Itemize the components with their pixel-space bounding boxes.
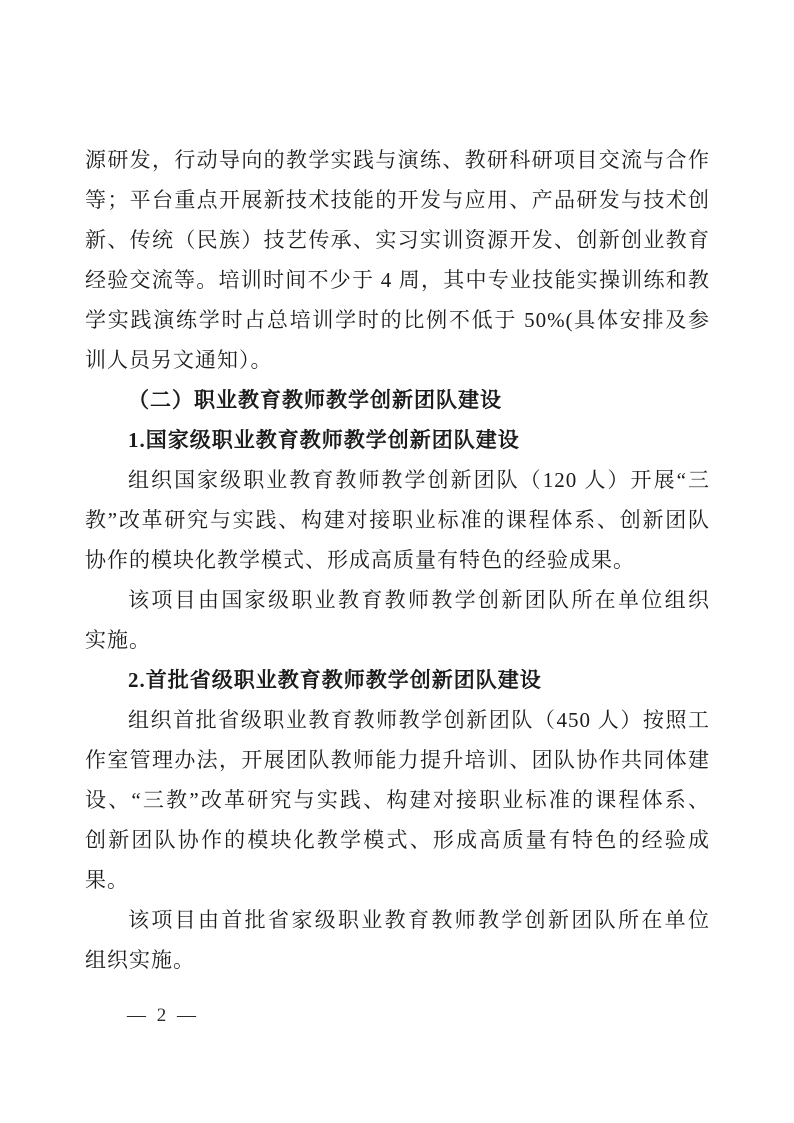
text-line: 组织国家级职业教育教师教学创新团队（120 人）开展“三 xyxy=(85,460,710,500)
text-line: 果。 xyxy=(85,860,710,900)
text-line: 新、传统（民族）技艺传承、实习实训资源开发、创新创业教育 xyxy=(85,220,710,260)
section-heading: （二）职业教育教师教学创新团队建设 xyxy=(85,380,710,420)
text-line: 训人员另文通知）。 xyxy=(85,340,710,380)
text-line: 该项目由国家级职业教育教师教学创新团队所在单位组织 xyxy=(85,580,710,620)
text-line: 协作的模块化教学模式、形成高质量有特色的经验成果。 xyxy=(85,540,710,580)
document-body: 源研发，行动导向的教学实践与演练、教研科研项目交流与合作 等；平台重点开展新技术… xyxy=(85,140,710,980)
text-line: 经验交流等。培训时间不少于 4 周，其中专业技能实操训练和教 xyxy=(85,260,710,300)
text-line: 组织实施。 xyxy=(85,940,710,980)
text-line: 实施。 xyxy=(85,620,710,660)
text-line: 学实践演练学时占总培训学时的比例不低于 50%(具体安排及参 xyxy=(85,300,710,340)
text-line: 创新团队协作的模块化教学模式、形成高质量有特色的经验成 xyxy=(85,820,710,860)
text-line: 组织首批省级职业教育教师教学创新团队（450 人）按照工 xyxy=(85,700,710,740)
text-line: 设、“三教”改革研究与实践、构建对接职业标准的课程体系、 xyxy=(85,780,710,820)
page-number: — 2 — xyxy=(127,1001,199,1031)
subsection-heading: 2.首批省级职业教育教师教学创新团队建设 xyxy=(85,660,710,700)
text-line: 教”改革研究与实践、构建对接职业标准的课程体系、创新团队 xyxy=(85,500,710,540)
subsection-heading: 1.国家级职业教育教师教学创新团队建设 xyxy=(85,420,710,460)
text-line: 该项目由首批省家级职业教育教师教学创新团队所在单位 xyxy=(85,900,710,940)
text-line: 等；平台重点开展新技术技能的开发与应用、产品研发与技术创 xyxy=(85,180,710,220)
text-line: 作室管理办法，开展团队教师能力提升培训、团队协作共同体建 xyxy=(85,740,710,780)
document-page: 源研发，行动导向的教学实践与演练、教研科研项目交流与合作 等；平台重点开展新技术… xyxy=(0,0,794,1123)
text-line: 源研发，行动导向的教学实践与演练、教研科研项目交流与合作 xyxy=(85,140,710,180)
